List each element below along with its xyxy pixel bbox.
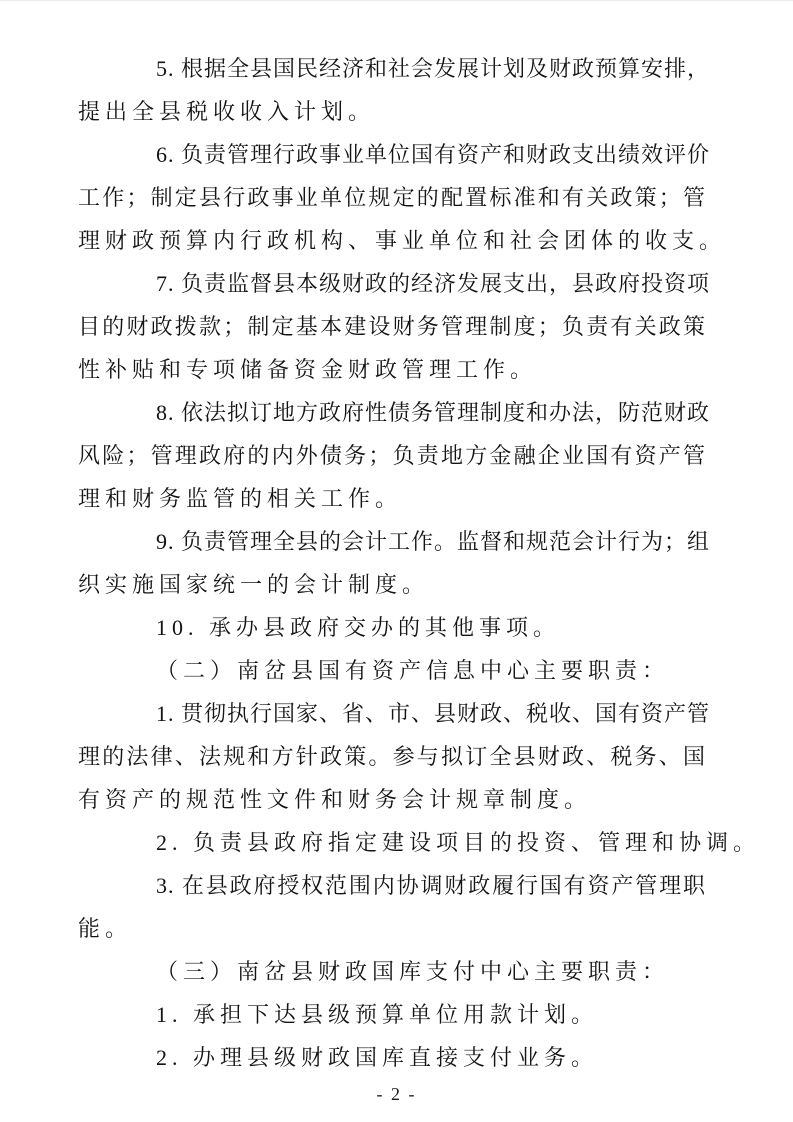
text-line: 理和财务监管的相关工作。	[78, 477, 706, 520]
text-line: 风险；管理政府的内外债务；负责地方金融企业国有资产管	[78, 434, 706, 477]
text-line: 织实施国家统一的会计制度。	[78, 563, 706, 606]
text-line: 3. 在县政府授权范围内协调财政履行国有资产管理职	[78, 864, 706, 907]
text-line: （二）南岔县国有资产信息中心主要职责：	[78, 649, 706, 692]
text-line: 目的财政拨款；制定基本建设财务管理制度；负责有关政策	[78, 305, 706, 348]
text-line: 2. 办理县级财政国库直接支付业务。	[78, 1036, 706, 1079]
text-line: 8. 依法拟订地方政府性债务管理制度和办法，防范财政	[78, 391, 706, 434]
text-line: 5. 根据全县国民经济和社会发展计划及财政预算安排，	[78, 47, 706, 90]
text-line: 能。	[78, 907, 706, 950]
page-number: - 2 -	[0, 1081, 793, 1107]
text-line: 提出全县税收收入计划。	[78, 90, 706, 133]
text-line: 性补贴和专项储备资金财政管理工作。	[78, 348, 706, 391]
text-line: 有资产的规范性文件和财务会计规章制度。	[78, 778, 706, 821]
document-lines: 5. 根据全县国民经济和社会发展计划及财政预算安排，提出全县税收收入计划。6. …	[78, 47, 706, 1079]
text-line: 工作；制定县行政事业单位规定的配置标准和有关政策；管	[78, 176, 706, 219]
document-page: { "document": { "lines": [ { "text": "5.…	[0, 0, 793, 1122]
text-line: 理的法律、法规和方针政策。参与拟订全县财政、税务、国	[78, 735, 706, 778]
text-line: 2. 负责县政府指定建设项目的投资、管理和协调。	[78, 821, 706, 864]
text-line: 1. 贯彻执行国家、省、市、县财政、税收、国有资产管	[78, 692, 706, 735]
text-line: 10. 承办县政府交办的其他事项。	[78, 606, 706, 649]
text-line: 6. 负责管理行政事业单位国有资产和财政支出绩效评价	[78, 133, 706, 176]
text-line: 理财政预算内行政机构、事业单位和社会团体的收支。	[78, 219, 706, 262]
text-line: 9. 负责管理全县的会计工作。监督和规范会计行为；组	[78, 520, 706, 563]
page: 5. 根据全县国民经济和社会发展计划及财政预算安排，提出全县税收收入计划。6. …	[0, 1, 793, 1122]
text-line: 7. 负责监督县本级财政的经济发展支出，县政府投资项	[78, 262, 706, 305]
text-line: （三）南岔县财政国库支付中心主要职责：	[78, 950, 706, 993]
text-line: 1. 承担下达县级预算单位用款计划。	[78, 993, 706, 1036]
